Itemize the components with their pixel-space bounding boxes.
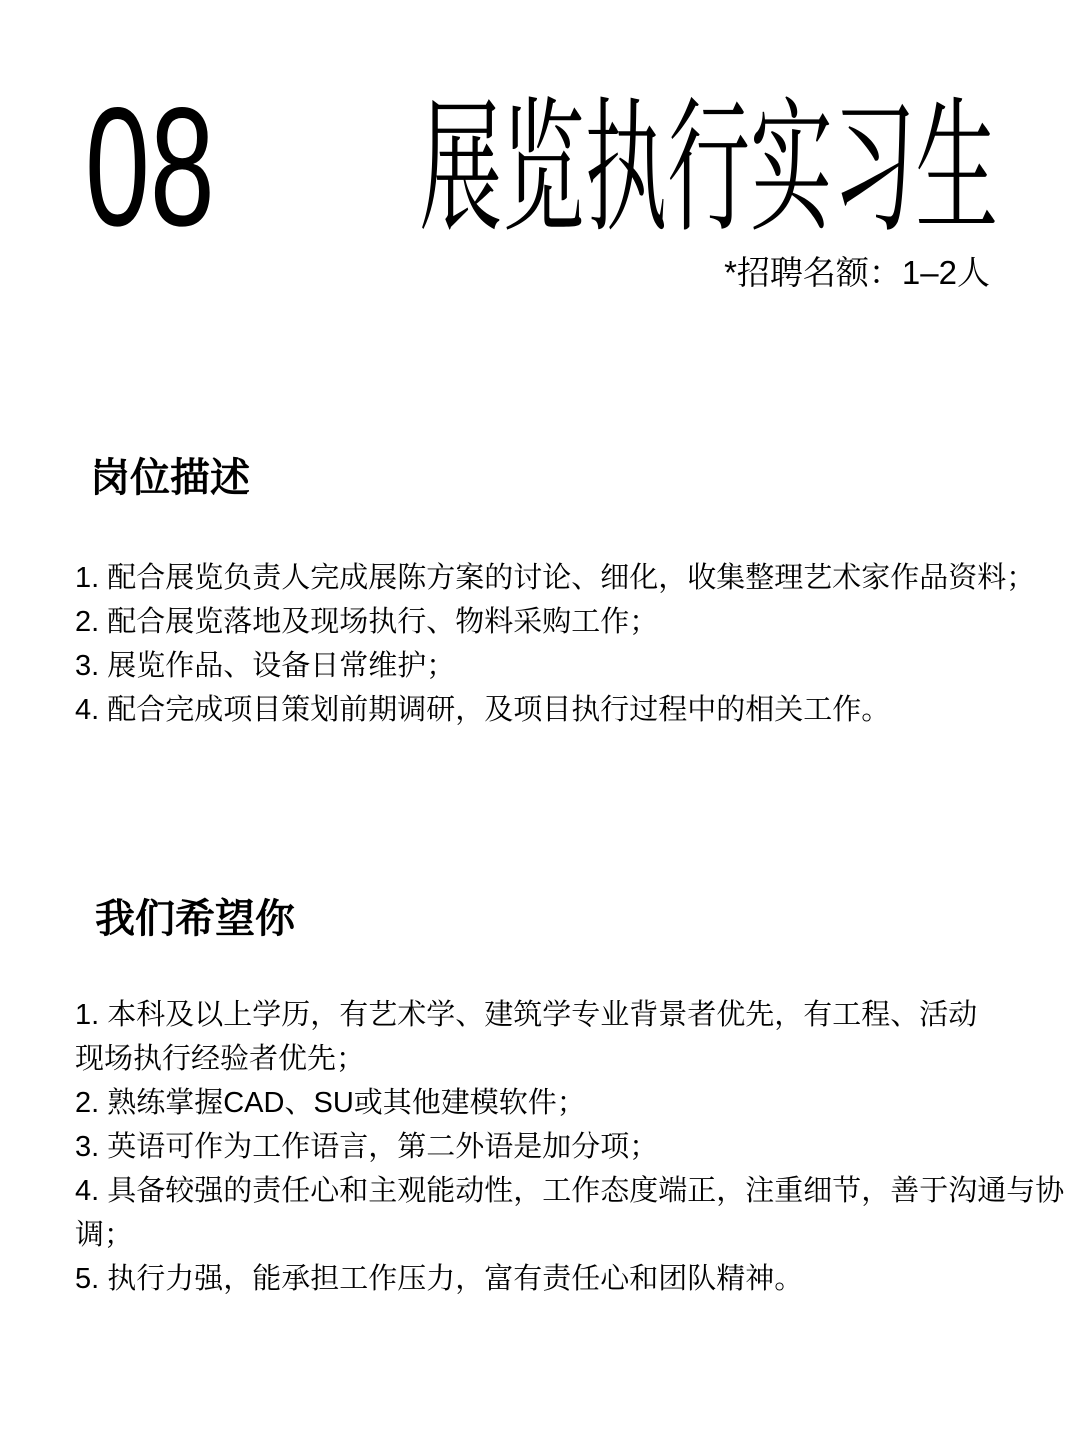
- list-item: 4. 具备较强的责任心和主观能动性，工作态度端正，注重细节，善于沟通与协: [75, 1169, 1064, 1213]
- list-item: 3. 英语可作为工作语言，第二外语是加分项；: [75, 1125, 1064, 1169]
- section-heading-job-description: 岗位描述: [90, 455, 250, 501]
- list-item-wrap: 现场执行经验者优先；: [75, 1037, 1064, 1081]
- list-item: 1. 配合展览负责人完成展陈方案的讨论、细化，收集整理艺术家作品资料；: [75, 556, 1035, 600]
- list-item: 2. 配合展览落地及现场执行、物料采购工作；: [75, 600, 1035, 644]
- list-item: 4. 配合完成项目策划前期调研，及项目执行过程中的相关工作。: [75, 688, 1035, 732]
- list-item: 2. 熟练掌握CAD、SU或其他建模软件；: [75, 1081, 1064, 1125]
- recruitment-quota: *招聘名额：1–2人: [724, 252, 990, 293]
- page-number: 08: [85, 82, 215, 251]
- section-heading-requirements: 我们希望你: [95, 896, 295, 942]
- list-item: 5. 执行力强，能承担工作压力，富有责任心和团队精神。: [75, 1257, 1064, 1301]
- list-item: 3. 展览作品、设备日常维护；: [75, 644, 1035, 688]
- list-item-wrap: 调；: [75, 1213, 1064, 1257]
- job-description-list: 1. 配合展览负责人完成展陈方案的讨论、细化，收集整理艺术家作品资料； 2. 配…: [75, 556, 1035, 732]
- requirements-list: 1. 本科及以上学历，有艺术学、建筑学专业背景者优先，有工程、活动 现场执行经验…: [75, 993, 1064, 1301]
- list-item: 1. 本科及以上学历，有艺术学、建筑学专业背景者优先，有工程、活动: [75, 993, 1064, 1037]
- job-posting-page: 08 展览执行实习生 *招聘名额：1–2人 岗位描述 1. 配合展览负责人完成展…: [0, 0, 1080, 1440]
- page-title: 展览执行实习生: [419, 96, 998, 241]
